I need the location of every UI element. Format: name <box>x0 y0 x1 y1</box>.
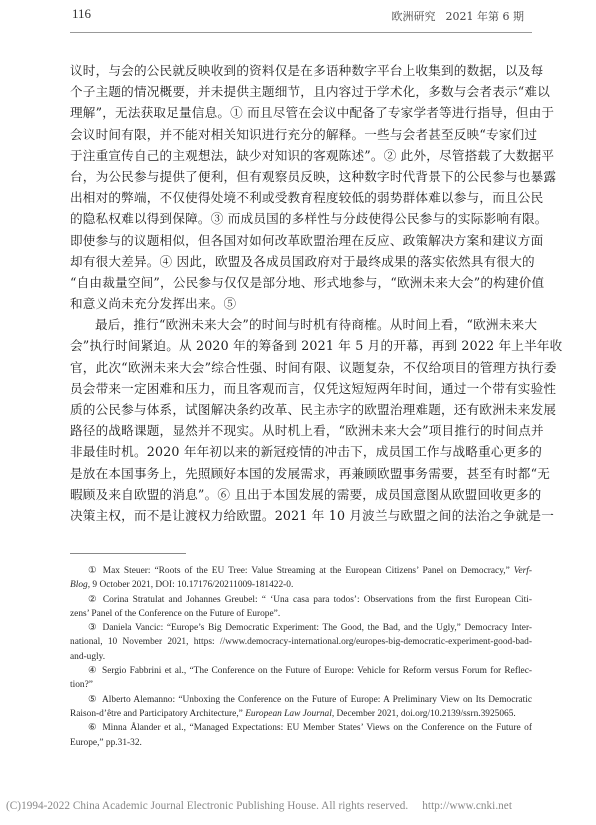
body-line: 暇顾及来自欧盟的消息”。⑥ 且出于本国发展的需要，成员国意图从欧盟回收更多的 <box>70 484 532 505</box>
footnote-line: and-ugly. <box>70 650 532 664</box>
body-line: 和意义尚未充分发挥出来。⑤ <box>70 293 532 314</box>
footnote-line: ② Corina Stratulat and Johannes Greubel:… <box>70 593 532 607</box>
footnote-line: national, 10 November 2021, https: //www… <box>70 635 532 649</box>
footnote-line: tion?” <box>70 678 532 692</box>
footnote-line: ① Max Steuer: “Roots of the EU Tree: Val… <box>70 564 532 578</box>
issue-label: 2021 年第 6 期 <box>446 10 524 23</box>
body-line: 会议时间有限，并不能对相关知识进行充分的解释。一些与会者甚至反映“专家们过 <box>70 124 532 145</box>
footnote-marker: ⑤ <box>88 695 102 705</box>
footnote: ① Max Steuer: “Roots of the EU Tree: Val… <box>70 564 532 593</box>
footnote-marker: ① <box>88 566 103 576</box>
running-head: 欧洲研究2021 年第 6 期 <box>382 8 524 24</box>
body-line: 非最佳时机。2020 年年初以来的新冠疫情的冲击下，成员国工作与战略重心更多的 <box>70 441 532 462</box>
footnote-line: ⑥ Minna Ålander et al., “Managed Expecta… <box>70 721 532 735</box>
body-line: 议时，与会的公民就反映收到的资料仅是在多语种数字平台上收集到的数据，以及每 <box>70 60 532 81</box>
body-line: 理解”，无法获取足量信息。① 而且尽管在会议中配备了专家学者等进行指导，但由于 <box>70 102 532 123</box>
footnote-marker: ⑥ <box>88 723 102 733</box>
body-line: 员会带来一定困难和压力，而且客观而言，仅凭这短短两年时间，通过一个带有实验性 <box>70 378 532 399</box>
footnote-marker: ④ <box>88 666 102 676</box>
footnote: ⑥ Minna Ålander et al., “Managed Expecta… <box>70 721 532 750</box>
footnote-line: zens’ Panel of the Conference on the Fut… <box>70 607 532 621</box>
footnote: ② Corina Stratulat and Johannes Greubel:… <box>70 593 532 622</box>
body-line: 官，此次“欧洲未来大会”综合性强、时间有限、议题复杂，不仅给项目的管理方执行委 <box>70 357 532 378</box>
footnote-marker: ② <box>88 595 103 605</box>
footnote-line: ⑤ Alberto Alemanno: “Unboxing the Confer… <box>70 693 532 707</box>
body-line: 即使参与的议题相似，但各国对如何改革欧盟治理在反应、政策解决方案和建议方面 <box>70 230 532 251</box>
body-line: 决策主权，而不是让渡权力给欧盟。2021 年 10 月波兰与欧盟之间的法治之争就… <box>70 505 532 526</box>
body-line: 质的公民参与体系，试图解决条约改革、民主赤字的欧盟治理难题，还有欧洲未来发展 <box>70 399 532 420</box>
footer-url-link[interactable]: http://www.cnki.net <box>422 800 512 812</box>
journal-name: 欧洲研究 <box>392 10 436 23</box>
body-line: 于注重宣传自己的主观想法，缺少对知识的客观陈述”。② 此外，尽管搭载了大数据平 <box>70 145 532 166</box>
footnote-marker: ③ <box>88 623 102 633</box>
footnotes: ① Max Steuer: “Roots of the EU Tree: Val… <box>70 564 532 750</box>
footnote: ④ Sergio Fabbrini et al., “The Conferenc… <box>70 664 532 693</box>
footnote-line: ③ Daniela Vancic: “Europe’s Big Democrat… <box>70 621 532 635</box>
body-line: “自由裁量空间”，公民参与仅仅是部分地、形式地参与，“欧洲未来大会”的构建价值 <box>70 272 532 293</box>
copyright-text: (C)1994-2022 China Academic Journal Elec… <box>6 800 408 812</box>
body-line: 个子主题的情况概要，并未提供主题细节，且内容过于学术化，多数与会者表示“难以 <box>70 81 532 102</box>
body-line: 路径的战略课题，显然并不现实。从时机上看，“欧洲未来大会”项目推行的时间点并 <box>70 420 532 441</box>
body-line: 却有很大差异。④ 因此，欧盟及各成员国政府对于最终成果的落实依然具有很大的 <box>70 251 532 272</box>
footnote-line: ④ Sergio Fabbrini et al., “The Conferenc… <box>70 664 532 678</box>
footnote-line: Blog, 9 October 2021, DOI: 10.17176/2021… <box>70 578 532 592</box>
body-line: 台，为公民参与提供了便利，但有观察员反映，这种数字时代背景下的公民参与也暴露 <box>70 166 532 187</box>
body-line: 最后，推行“欧洲未来大会”的时间与时机有待商榷。从时间上看，“欧洲未来大 <box>70 314 532 335</box>
body-line: 会”执行时间紧迫。从 2020 年的筹备到 2021 年 5 月的开幕，再到 2… <box>70 335 532 356</box>
body-line: 是放在本国事务上，先照顾好本国的发展需求，再兼顾欧盟事务需要，甚至有时都“无 <box>70 463 532 484</box>
body-line: 出相对的弊端，不仅使得处境不利或受教育程度较低的弱势群体难以参与，而且公民 <box>70 187 532 208</box>
footnote-line: Raison-d’être and Participatory Architec… <box>70 707 532 721</box>
body-text: 议时，与会的公民就反映收到的资料仅是在多语种数字平台上收集到的数据，以及每个子主… <box>70 60 532 526</box>
footnote: ③ Daniela Vancic: “Europe’s Big Democrat… <box>70 621 532 664</box>
header-divider <box>70 32 532 33</box>
footnote: ⑤ Alberto Alemanno: “Unboxing the Confer… <box>70 693 532 722</box>
footnote-divider <box>70 553 186 554</box>
footnote-line: Europe,” pp.31-32. <box>70 736 532 750</box>
page-number: 116 <box>72 6 91 22</box>
copyright-footer: (C)1994-2022 China Academic Journal Elec… <box>6 800 512 812</box>
body-line: 的隐私权难以得到保障。③ 而成员国的多样性与分歧使得公民参与的实际影响有限。 <box>70 208 532 229</box>
